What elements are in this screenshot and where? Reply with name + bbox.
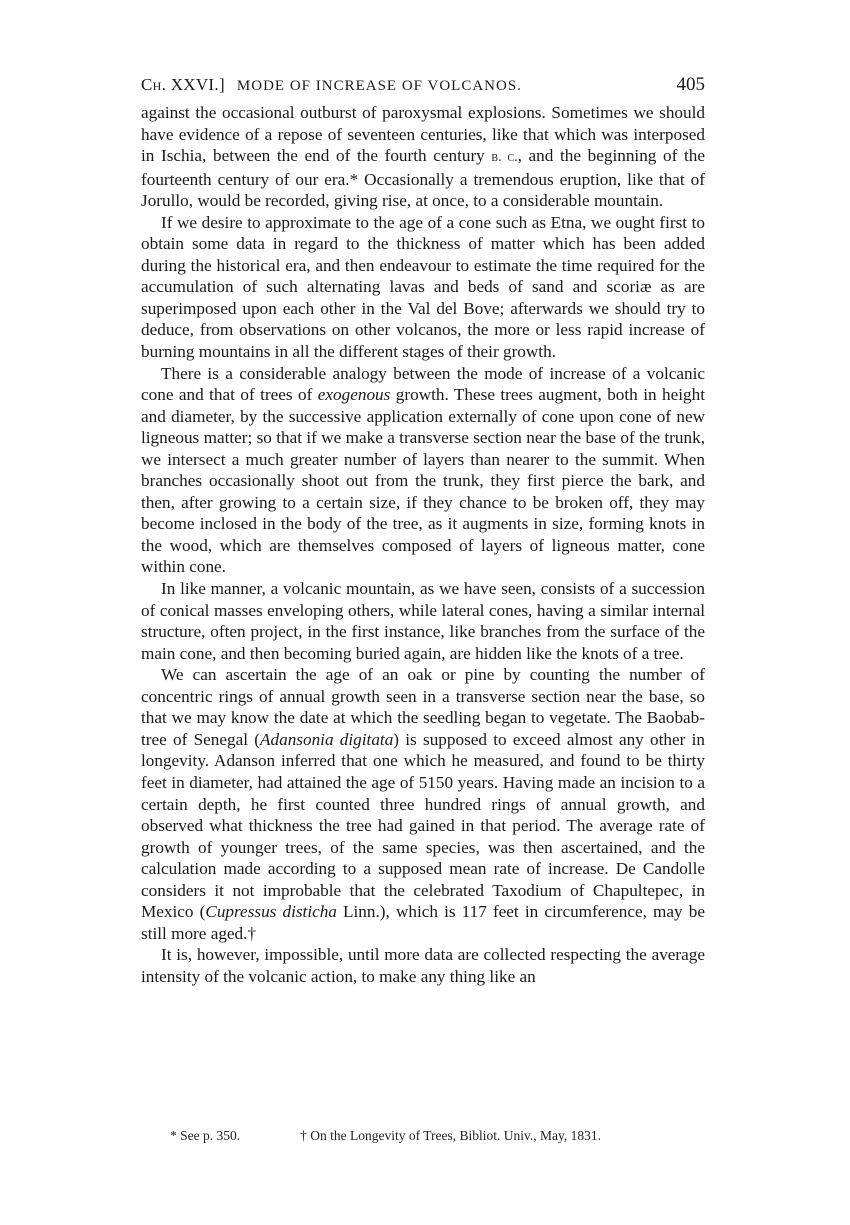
paragraph: We can ascertain the age of an oak or pi…: [141, 664, 705, 944]
text-run: ) is supposed to exceed almost any other…: [141, 730, 705, 921]
chapter-label: Ch. XXVI.]: [141, 75, 225, 95]
paragraph: It is, however, impossible, until more d…: [141, 944, 705, 987]
smallcaps-abbrev: b. c.: [491, 150, 517, 165]
footnote-1: * See p. 350.: [170, 1128, 240, 1144]
page-number: 405: [677, 74, 706, 96]
text-run: In like manner, a volcanic mountain, as …: [141, 579, 705, 663]
text-run: If we desire to approximate to the age o…: [141, 213, 705, 361]
body-text: against the occasional outburst of parox…: [141, 102, 705, 987]
paragraph: In like manner, a volcanic mountain, as …: [141, 578, 705, 664]
paragraph: against the occasional outburst of parox…: [141, 102, 705, 212]
running-title: MODE OF INCREASE OF VOLCANOS.: [237, 78, 522, 95]
paragraph: There is a considerable analogy between …: [141, 363, 705, 578]
text-run: growth. These trees augment, both in hei…: [141, 385, 705, 576]
italic-term: Adansonia digitata: [260, 730, 393, 749]
italic-term: exogenous: [318, 385, 391, 404]
italic-term: Cupressus disticha: [205, 902, 337, 921]
book-page: Ch. XXVI.] MODE OF INCREASE OF VOLCANOS.…: [141, 74, 705, 987]
paragraph: If we desire to approximate to the age o…: [141, 212, 705, 363]
running-head: Ch. XXVI.] MODE OF INCREASE OF VOLCANOS.…: [141, 74, 705, 98]
footnote-2: † On the Longevity of Trees, Bibliot. Un…: [300, 1128, 601, 1144]
text-run: It is, however, impossible, until more d…: [141, 945, 705, 986]
footnotes: * See p. 350. † On the Longevity of Tree…: [170, 1128, 710, 1144]
